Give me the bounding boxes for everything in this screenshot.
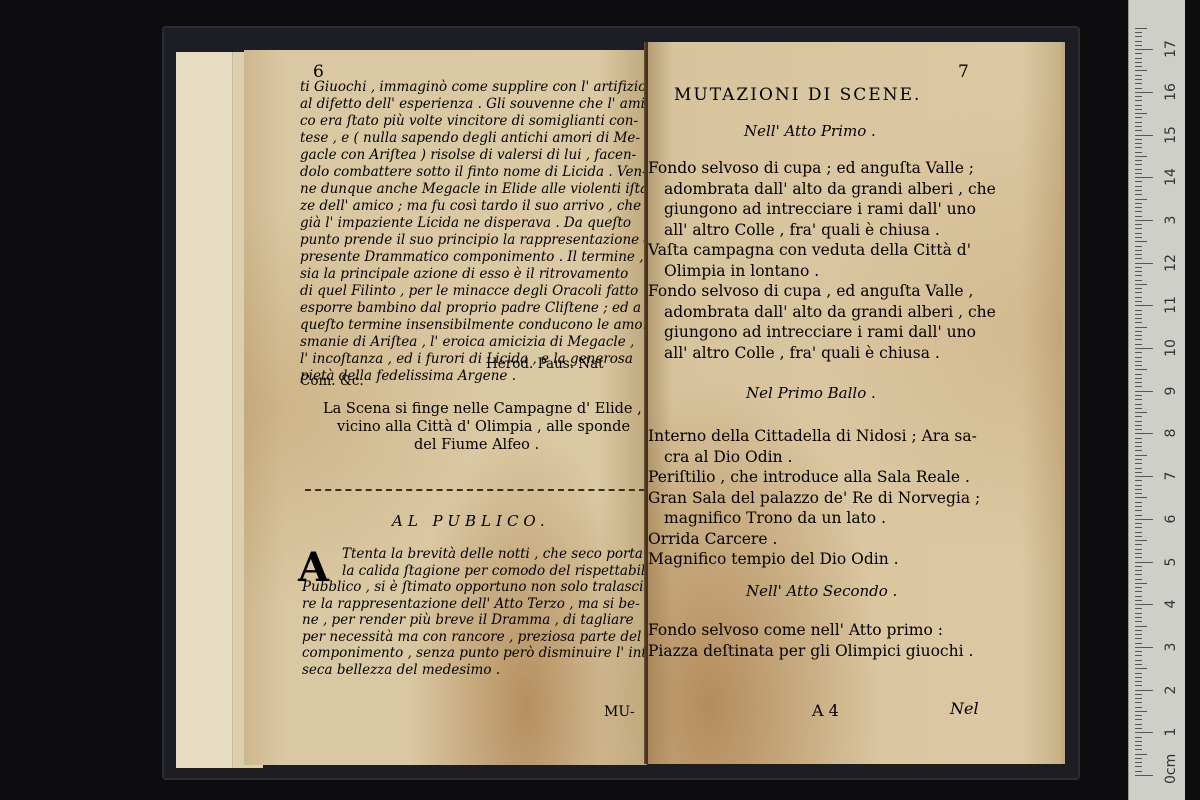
- notice-line: la calida ſtagione per comodo del rispet…: [342, 563, 653, 580]
- scene-line: adombrata dall' alto da grandi alberi , …: [664, 304, 996, 321]
- ruler-tick: [1135, 771, 1142, 772]
- ruler-tick: [1135, 122, 1142, 123]
- ruler-tick: [1135, 664, 1142, 665]
- scene-note-line: del Fiume Alfeo .: [414, 437, 539, 454]
- ruler-tick: [1135, 126, 1142, 127]
- ruler-tick: [1135, 638, 1142, 639]
- ruler-tick: [1135, 117, 1142, 118]
- ruler-tick: [1135, 36, 1142, 37]
- ruler-tick: [1135, 463, 1142, 464]
- ruler-tick: [1135, 707, 1142, 708]
- section-heading: Nel Primo Ballo .: [746, 384, 876, 402]
- ruler-tick: [1135, 216, 1142, 217]
- scene-line: adombrata dall' alto da grandi alberi , …: [664, 181, 996, 198]
- ruler-tick: [1135, 284, 1147, 285]
- ruler-tick: [1135, 369, 1147, 370]
- ruler-tick: [1135, 459, 1142, 460]
- ruler-tick: [1135, 186, 1142, 187]
- body-line: ti Giuochi , immaginò come supplire con …: [300, 79, 646, 96]
- ruler-tick: [1135, 100, 1142, 101]
- ruler-tick: [1135, 433, 1153, 434]
- ruler-tick: [1135, 237, 1142, 238]
- scene-line: Orrida Carcere .: [648, 531, 777, 548]
- ruler-label: 15: [1163, 123, 1179, 147]
- ruler-tick: [1135, 207, 1142, 208]
- scene-line: Fondo selvoso di cupa ; ed anguſta Valle…: [648, 160, 974, 177]
- ruler-tick: [1135, 570, 1142, 571]
- catchword-left: MU-: [604, 704, 635, 721]
- ruler-tick: [1135, 113, 1147, 114]
- citation-continued: Com. &c.: [300, 373, 364, 390]
- ruler-tick: [1135, 540, 1147, 541]
- notice-line: re la rappresentazione dell' Atto Terzo …: [302, 596, 640, 613]
- ruler-tick: [1135, 600, 1142, 601]
- ruler-tick: [1135, 668, 1147, 669]
- ruler-tick: [1135, 651, 1142, 652]
- ruler-tick: [1135, 374, 1142, 375]
- body-line: già l' impaziente Licida ne disperava . …: [300, 215, 631, 232]
- ruler-tick: [1135, 41, 1142, 42]
- ruler-tick: [1135, 28, 1147, 29]
- ruler-tick: [1135, 685, 1142, 686]
- ruler-tick: [1135, 690, 1153, 691]
- ruler-tick: [1135, 562, 1153, 563]
- ruler-tick: [1135, 429, 1142, 430]
- ruler-tick: [1135, 62, 1142, 63]
- ruler-tick: [1135, 139, 1142, 140]
- ruler-tick: [1135, 544, 1142, 545]
- ruler-tick: [1135, 412, 1147, 413]
- ruler-tick: [1135, 105, 1142, 106]
- catchword-right: Nel: [950, 700, 979, 717]
- ruler-tick: [1135, 613, 1142, 614]
- page-title: MUTAZIONI DI SCENE.: [674, 85, 921, 105]
- body-line: co era ſtato più volte vincitore di somi…: [300, 113, 638, 130]
- ruler-tick: [1135, 365, 1142, 366]
- ruler-tick: [1135, 587, 1142, 588]
- ruler-tick: [1135, 130, 1142, 131]
- ruler-tick: [1135, 391, 1153, 392]
- ruler-tick: [1135, 331, 1142, 332]
- ruler-tick: [1135, 497, 1147, 498]
- ruler-tick: [1135, 352, 1142, 353]
- ruler-label: 8: [1163, 421, 1179, 445]
- ruler-tick: [1135, 164, 1142, 165]
- ruler-tick: [1135, 233, 1142, 234]
- body-line: esporre bambino dal proprio padre Cliſte…: [300, 300, 641, 317]
- ruler-tick: [1135, 421, 1142, 422]
- scene-line: Olimpia in lontano .: [664, 263, 819, 280]
- ruler-tick: [1135, 493, 1142, 494]
- ruler-tick: [1135, 254, 1142, 255]
- ruler-tick: [1135, 322, 1142, 323]
- ruler-tick: [1135, 732, 1153, 733]
- ruler-tick: [1135, 152, 1142, 153]
- ruler-tick: [1135, 728, 1142, 729]
- ruler-tick: [1135, 382, 1142, 383]
- ruler-tick: [1135, 472, 1142, 473]
- ruler-tick: [1135, 408, 1142, 409]
- ruler-label: 7: [1163, 464, 1179, 488]
- scene-line: Piazza deſtinata per gli Olimpici giuoch…: [648, 643, 973, 660]
- body-line: presente Drammatico componimento . Il te…: [300, 249, 656, 266]
- ruler-tick: [1135, 267, 1142, 268]
- ruler-tick: [1135, 224, 1142, 225]
- ruler-tick: [1135, 135, 1153, 136]
- ruler-tick: [1135, 83, 1142, 84]
- ruler-tick: [1135, 96, 1142, 97]
- notice-line: per necessità ma con rancore , preziosa …: [302, 629, 641, 646]
- ruler-label: 16: [1163, 80, 1179, 104]
- ruler-tick: [1135, 297, 1142, 298]
- measurement-ruler: 1234567891011123141516170cm: [1128, 0, 1185, 800]
- body-line: tese , e ( nulla sapendo degli antichi a…: [300, 130, 640, 147]
- page-number-right: 7: [958, 62, 969, 82]
- ruler-tick: [1135, 702, 1142, 703]
- scene-line: Interno della Cittadella di Nidosi ; Ara…: [648, 428, 977, 445]
- scene-line: Fondo selvoso come nell' Atto primo :: [648, 622, 943, 639]
- body-line: ne dunque anche Megacle in Elide alle vi…: [300, 181, 661, 198]
- scene-line: Fondo selvoso di cupa , ed anguſta Valle…: [648, 283, 973, 300]
- ruler-tick: [1135, 766, 1142, 767]
- ruler-label: 3: [1163, 208, 1179, 232]
- ruler-tick: [1135, 263, 1153, 264]
- ruler-tick: [1135, 489, 1142, 490]
- ruler-tick: [1135, 199, 1147, 200]
- ruler-tick: [1135, 583, 1147, 584]
- ruler-label: 14: [1163, 165, 1179, 189]
- ruler-tick: [1135, 58, 1142, 59]
- ruler-tick: [1135, 88, 1142, 89]
- ruler-tick: [1135, 228, 1142, 229]
- ruler-tick: [1135, 160, 1142, 161]
- ruler-label: 6: [1163, 507, 1179, 531]
- ruler-tick: [1135, 275, 1142, 276]
- ruler-label: 3: [1163, 635, 1179, 659]
- ruler-tick: [1135, 506, 1142, 507]
- notice-line: componimento , senza punto però disminui…: [302, 645, 671, 662]
- scene-line: all' altro Colle , fra' quali è chiusa .: [664, 222, 940, 239]
- ruler-tick: [1135, 741, 1142, 742]
- notice-line: Pubblico , si è ſtimato opportuno non so…: [302, 579, 656, 596]
- ruler-tick: [1135, 502, 1142, 503]
- ruler-tick: [1135, 53, 1142, 54]
- ruler-tick: [1135, 626, 1147, 627]
- ruler-tick: [1135, 404, 1142, 405]
- ruler-tick: [1135, 737, 1142, 738]
- ruler-tick: [1135, 143, 1142, 144]
- scene-line: Periſtilio , che introduce alla Sala Rea…: [648, 469, 970, 486]
- scene-note-line: vicino alla Città d' Olimpia , alle spon…: [337, 419, 630, 436]
- ruler-tick: [1135, 698, 1142, 699]
- ruler-tick: [1135, 510, 1142, 511]
- signature-mark: A 4: [812, 702, 839, 719]
- ruler-tick: [1135, 621, 1142, 622]
- scene-line: all' altro Colle , fra' quali è chiusa .: [664, 345, 940, 362]
- ruler-tick: [1135, 310, 1142, 311]
- ruler-tick: [1135, 156, 1147, 157]
- ruler-tick: [1135, 596, 1142, 597]
- ruler-tick: [1135, 591, 1142, 592]
- ruler-tick: [1135, 305, 1153, 306]
- ruler-tick: [1135, 450, 1142, 451]
- ruler-tick: [1135, 523, 1142, 524]
- notice-line: ne , per render più breve il Dramma , di…: [302, 612, 634, 629]
- ruler-tick: [1135, 485, 1142, 486]
- scene-line: magnifico Trono da un lato .: [664, 510, 886, 527]
- ruler-tick: [1135, 549, 1142, 550]
- ruler-tick: [1135, 608, 1142, 609]
- decorative-rule: [305, 489, 645, 491]
- ruler-tick: [1135, 719, 1142, 720]
- scene-line: giungono ad intrecciare i rami dall' uno: [664, 201, 976, 218]
- ruler-tick: [1135, 318, 1142, 319]
- ruler-tick: [1135, 715, 1142, 716]
- ruler-tick: [1135, 301, 1142, 302]
- ruler-label: 1: [1163, 720, 1179, 744]
- ruler-tick: [1135, 468, 1142, 469]
- ruler-tick: [1135, 181, 1142, 182]
- ruler-tick: [1135, 425, 1142, 426]
- ruler-tick: [1135, 292, 1142, 293]
- body-line: smanie di Ariſtea , l' eroica amicizia d…: [300, 334, 634, 351]
- ruler-tick: [1135, 574, 1142, 575]
- ruler-tick: [1135, 775, 1153, 776]
- ruler-tick: [1135, 66, 1142, 67]
- ruler-tick: [1135, 438, 1142, 439]
- ruler-tick: [1135, 643, 1142, 644]
- ruler-tick: [1135, 617, 1142, 618]
- body-line: dolo combattere sotto il finto nome di L…: [300, 164, 647, 181]
- ruler-tick: [1135, 32, 1142, 33]
- ruler-tick: [1135, 634, 1142, 635]
- ruler-tick: [1135, 173, 1142, 174]
- ruler-tick: [1135, 70, 1147, 71]
- ruler-tick: [1135, 271, 1142, 272]
- ruler-tick: [1135, 220, 1153, 221]
- ruler-tick: [1135, 762, 1142, 763]
- ruler-label: 2: [1163, 678, 1179, 702]
- body-line: sia la principale azione di esso è il ri…: [300, 266, 628, 283]
- ruler-tick: [1135, 258, 1142, 259]
- ruler-unit-label: 0cm: [1163, 760, 1179, 784]
- ruler-tick: [1135, 673, 1142, 674]
- body-line: al difetto dell' esperienza . Gli souven…: [300, 96, 650, 113]
- ruler-tick: [1135, 681, 1142, 682]
- ruler-tick: [1135, 194, 1142, 195]
- ruler-tick: [1135, 455, 1147, 456]
- ruler-tick: [1135, 711, 1147, 712]
- ruler-tick: [1135, 344, 1142, 345]
- citation: Herod. Paus. Nat: [486, 356, 604, 373]
- ruler-tick: [1135, 378, 1142, 379]
- ruler-tick: [1135, 480, 1142, 481]
- ruler-tick: [1135, 45, 1142, 46]
- body-line: punto prende il suo principio la rappres…: [300, 232, 664, 249]
- scene-line: Magnifico tempio del Dio Odin .: [648, 551, 899, 568]
- ruler-tick: [1135, 395, 1142, 396]
- ruler-tick: [1135, 190, 1142, 191]
- ruler-label: 9: [1163, 379, 1179, 403]
- ruler-tick: [1135, 532, 1142, 533]
- ruler-tick: [1135, 109, 1142, 110]
- ruler-tick: [1135, 280, 1142, 281]
- ruler-tick: [1135, 327, 1147, 328]
- ruler-tick: [1135, 557, 1142, 558]
- ruler-tick: [1135, 246, 1142, 247]
- ruler-tick: [1135, 250, 1142, 251]
- ruler-tick: [1135, 288, 1142, 289]
- ruler-label: 5: [1163, 550, 1179, 574]
- ruler-tick: [1135, 527, 1142, 528]
- ruler-tick: [1135, 335, 1142, 336]
- body-line: queſto termine insensibilmente conducono…: [300, 317, 672, 334]
- ruler-tick: [1135, 446, 1142, 447]
- ruler-tick: [1135, 49, 1153, 50]
- ruler-tick: [1135, 416, 1142, 417]
- ruler-tick: [1135, 655, 1142, 656]
- ruler-tick: [1135, 348, 1153, 349]
- ruler-tick: [1135, 758, 1142, 759]
- ruler-tick: [1135, 442, 1142, 443]
- ruler-tick: [1135, 519, 1153, 520]
- ruler-tick: [1135, 553, 1142, 554]
- ruler-tick: [1135, 361, 1142, 362]
- section-heading: Nell' Atto Secondo .: [746, 582, 897, 600]
- ruler-tick: [1135, 536, 1142, 537]
- ruler-tick: [1135, 147, 1142, 148]
- ruler-tick: [1135, 399, 1142, 400]
- ruler-tick: [1135, 177, 1153, 178]
- ruler-tick: [1135, 339, 1142, 340]
- ruler-label: 17: [1163, 37, 1179, 61]
- ruler-tick: [1135, 630, 1142, 631]
- ruler-tick: [1135, 604, 1153, 605]
- body-line: ze dell' amico ; ma fu così tardo il suo…: [300, 198, 641, 215]
- body-line: gacle con Ariſtea ) risolse di valersi d…: [300, 147, 636, 164]
- body-line: di quel Filinto , per le minacce degli O…: [300, 283, 638, 300]
- ruler-label: 10: [1163, 336, 1179, 360]
- scene-note-line: La Scena si finge nelle Campagne d' Elid…: [323, 401, 642, 418]
- ruler-tick: [1135, 694, 1142, 695]
- section-heading: Nell' Atto Primo .: [744, 122, 876, 140]
- notice-heading: AL PUBLICO.: [392, 512, 550, 530]
- ruler-tick: [1135, 211, 1142, 212]
- ruler-label: 11: [1163, 293, 1179, 317]
- ruler-tick: [1135, 749, 1142, 750]
- notice-line: seca bellezza del medesimo .: [302, 662, 500, 679]
- ruler-tick: [1135, 579, 1142, 580]
- ruler-tick: [1135, 386, 1142, 387]
- ruler-tick: [1135, 754, 1147, 755]
- ruler-tick: [1135, 357, 1142, 358]
- ruler-tick: [1135, 79, 1142, 80]
- ruler-tick: [1135, 314, 1142, 315]
- ruler-tick: [1135, 476, 1153, 477]
- scene-line: Vaſta campagna con veduta della Città d': [648, 242, 971, 259]
- ruler-label: 4: [1163, 592, 1179, 616]
- ruler-tick: [1135, 241, 1147, 242]
- ruler-tick: [1135, 92, 1153, 93]
- ruler-tick: [1135, 515, 1142, 516]
- scene-line: giungono ad intrecciare i rami dall' uno: [664, 324, 976, 341]
- ruler-tick: [1135, 724, 1142, 725]
- ruler-tick: [1135, 169, 1142, 170]
- ruler-tick: [1135, 677, 1142, 678]
- ruler-tick: [1135, 566, 1142, 567]
- ruler-tick: [1135, 75, 1142, 76]
- scene-line: cra al Dio Odin .: [664, 449, 792, 466]
- notice-line: Ttenta la brevità delle notti , che seco…: [342, 546, 643, 563]
- ruler-label: 12: [1163, 251, 1179, 275]
- ruler-tick: [1135, 745, 1142, 746]
- ruler-tick: [1135, 660, 1142, 661]
- ruler-tick: [1135, 203, 1142, 204]
- scene-line: Gran Sala del palazzo de' Re di Norvegia…: [648, 490, 980, 507]
- ruler-tick: [1135, 647, 1153, 648]
